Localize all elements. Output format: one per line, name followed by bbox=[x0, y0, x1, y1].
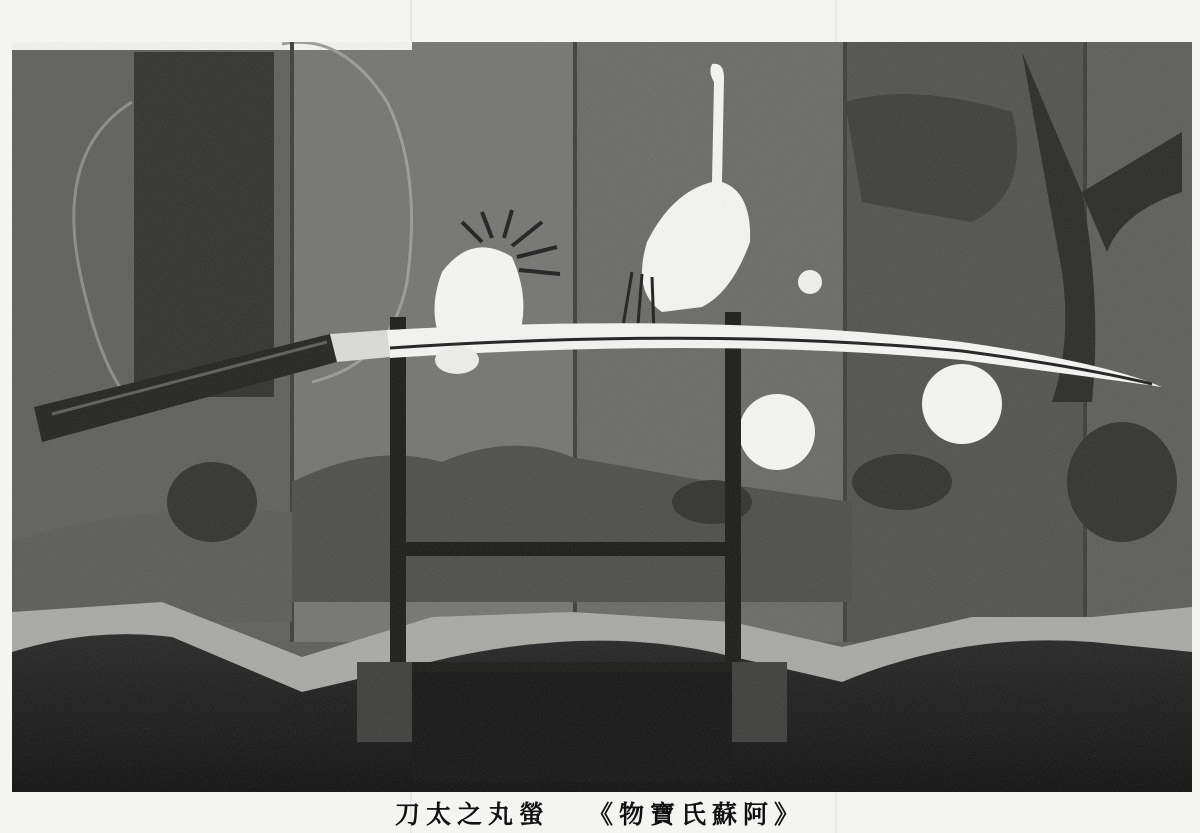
caption-title: 刀太之丸螢 bbox=[395, 795, 550, 831]
caption-source: 《物寶氏蘇阿》 bbox=[588, 795, 805, 831]
photo-caption: 刀太之丸螢 《物寶氏蘇阿》 bbox=[0, 793, 1200, 833]
photograph bbox=[12, 42, 1192, 792]
photo-illustration bbox=[12, 42, 1192, 792]
